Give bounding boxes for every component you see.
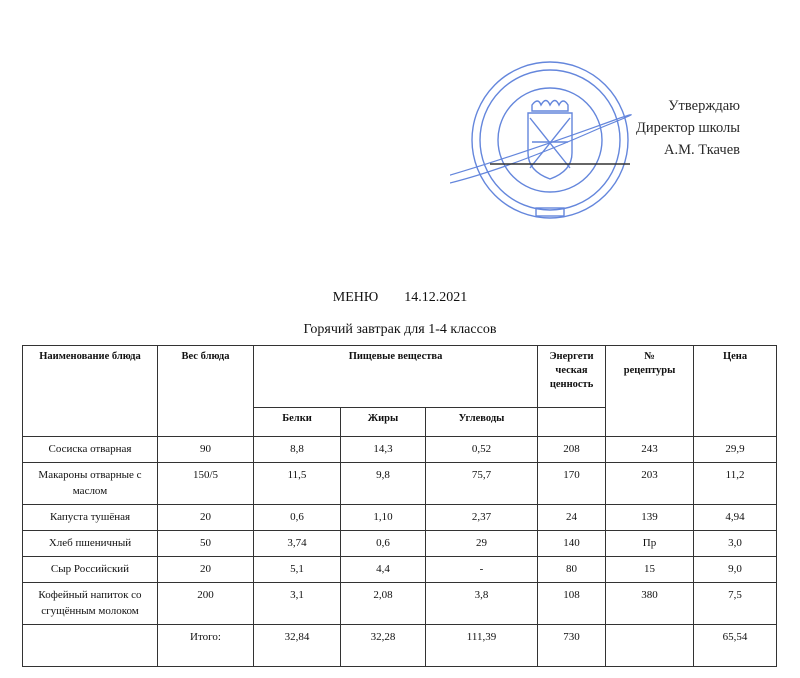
- total-fats: 32,28: [341, 625, 426, 667]
- cell-proteins: 8,8: [254, 437, 341, 463]
- cell-name: Сосиска отварная: [23, 437, 158, 463]
- col-header-name: Наименование блюда: [23, 346, 158, 437]
- table-row: Хлеб пшеничный503,740,629140Пр3,0: [23, 531, 777, 557]
- total-price: 65,54: [694, 625, 777, 667]
- cell-recipe: Пр: [606, 531, 694, 557]
- cell-fats: 2,08: [341, 583, 426, 625]
- cell-proteins: 5,1: [254, 557, 341, 583]
- table-row: Сыр Российский205,14,4-80159,0: [23, 557, 777, 583]
- col-header-energy: Энергетическаяценность: [538, 346, 606, 408]
- total-row: Итого:32,8432,28111,3973065,54: [23, 625, 777, 667]
- cell-name: Кофейный напиток со сгущённым молоком: [23, 583, 158, 625]
- cell-recipe: 139: [606, 505, 694, 531]
- cell-weight: 90: [158, 437, 254, 463]
- table-row: Капуста тушёная200,61,102,37241394,94: [23, 505, 777, 531]
- total-label: Итого:: [158, 625, 254, 667]
- cell-proteins: 11,5: [254, 463, 341, 505]
- cell-price: 29,9: [694, 437, 777, 463]
- cell-carbs: -: [426, 557, 538, 583]
- cell-carbs: 2,37: [426, 505, 538, 531]
- col-header-carbs: Углеводы: [426, 408, 538, 437]
- table-row: Макароны отварные с маслом150/511,59,875…: [23, 463, 777, 505]
- cell-weight: 200: [158, 583, 254, 625]
- menu-heading: МЕНЮ: [333, 290, 379, 305]
- cell-name: Хлеб пшеничный: [23, 531, 158, 557]
- col-header-recipe: №рецептуры: [606, 346, 694, 437]
- total-carbs: 111,39: [426, 625, 538, 667]
- table-row: Сосиска отварная908,814,30,5220824329,9: [23, 437, 777, 463]
- cell-energy: 24: [538, 505, 606, 531]
- cell-price: 7,5: [694, 583, 777, 625]
- approval-signer: А.М. Ткачев: [612, 139, 740, 161]
- cell-price: 3,0: [694, 531, 777, 557]
- cell-carbs: 29: [426, 531, 538, 557]
- cell-name: Капуста тушёная: [23, 505, 158, 531]
- cell-energy: 80: [538, 557, 606, 583]
- cell-weight: 150/5: [158, 463, 254, 505]
- approval-block: Утверждаю Директор школы А.М. Ткачев: [612, 95, 740, 161]
- cell-name: Сыр Российский: [23, 557, 158, 583]
- cell-fats: 4,4: [341, 557, 426, 583]
- cell-proteins: 3,1: [254, 583, 341, 625]
- cell-price: 4,94: [694, 505, 777, 531]
- col-header-proteins: Белки: [254, 408, 341, 437]
- total-proteins: 32,84: [254, 625, 341, 667]
- cell-energy: 108: [538, 583, 606, 625]
- total-empty: [23, 625, 158, 667]
- col-header-fats: Жиры: [341, 408, 426, 437]
- col-header-price: Цена: [694, 346, 777, 437]
- total-recipe: [606, 625, 694, 667]
- cell-price: 11,2: [694, 463, 777, 505]
- total-energy: 730: [538, 625, 606, 667]
- cell-energy: 170: [538, 463, 606, 505]
- cell-fats: 1,10: [341, 505, 426, 531]
- cell-fats: 0,6: [341, 531, 426, 557]
- cell-recipe: 243: [606, 437, 694, 463]
- cell-fats: 9,8: [341, 463, 426, 505]
- cell-name: Макароны отварные с маслом: [23, 463, 158, 505]
- cell-recipe: 203: [606, 463, 694, 505]
- cell-carbs: 3,8: [426, 583, 538, 625]
- col-header-weight: Вес блюда: [158, 346, 254, 437]
- col-header-nutrients: Пищевые вещества: [254, 346, 538, 408]
- menu-table: Наименование блюда Вес блюда Пищевые вещ…: [22, 345, 777, 667]
- menu-date: 14.12.2021: [404, 290, 467, 305]
- cell-carbs: 0,52: [426, 437, 538, 463]
- cell-carbs: 75,7: [426, 463, 538, 505]
- menu-title: МЕНЮ14.12.2021: [0, 290, 800, 306]
- cell-weight: 20: [158, 557, 254, 583]
- cell-energy: 140: [538, 531, 606, 557]
- cell-proteins: 3,74: [254, 531, 341, 557]
- cell-proteins: 0,6: [254, 505, 341, 531]
- col-header-energy-empty: [538, 408, 606, 437]
- cell-weight: 50: [158, 531, 254, 557]
- cell-energy: 208: [538, 437, 606, 463]
- approval-position: Директор школы: [612, 117, 740, 139]
- cell-price: 9,0: [694, 557, 777, 583]
- cell-recipe: 380: [606, 583, 694, 625]
- cell-fats: 14,3: [341, 437, 426, 463]
- cell-recipe: 15: [606, 557, 694, 583]
- approval-line: Утверждаю: [612, 95, 740, 117]
- menu-subtitle: Горячий завтрак для 1-4 классов: [0, 322, 800, 338]
- table-row: Кофейный напиток со сгущённым молоком200…: [23, 583, 777, 625]
- cell-weight: 20: [158, 505, 254, 531]
